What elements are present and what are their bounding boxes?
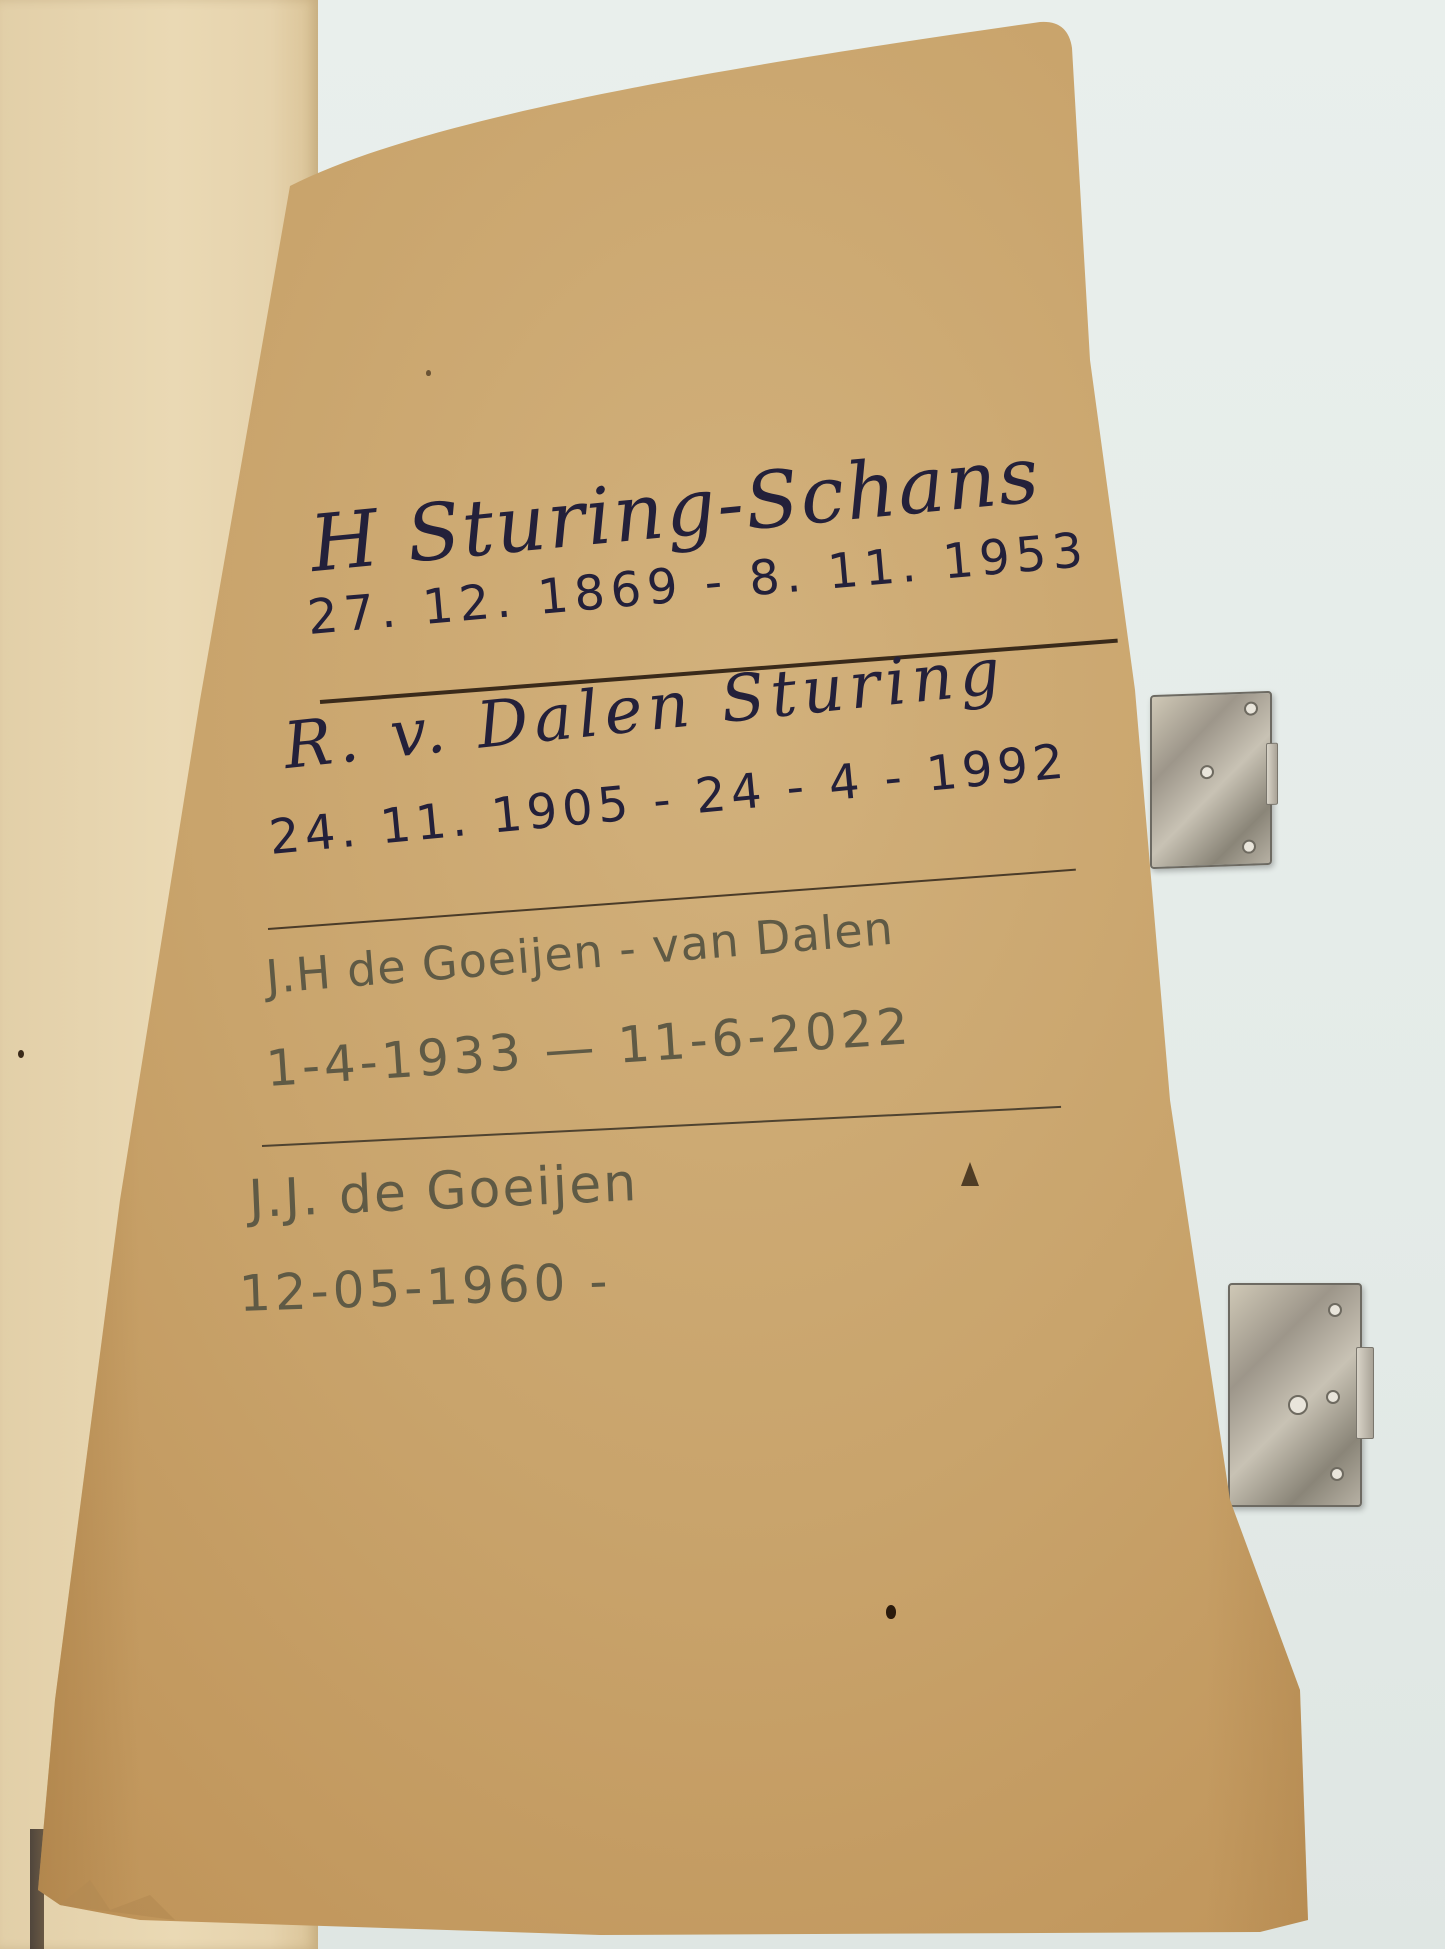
speck bbox=[426, 370, 431, 376]
worm-hole bbox=[886, 1605, 896, 1619]
paper-tear bbox=[961, 1162, 979, 1186]
photo-scene: H Sturing-Schans 27. 12. 1869 - 8. 11. 1… bbox=[0, 0, 1445, 1949]
flyleaf-shape bbox=[0, 0, 1445, 1949]
flyleaf-page: H Sturing-Schans 27. 12. 1869 - 8. 11. 1… bbox=[0, 0, 1445, 1949]
